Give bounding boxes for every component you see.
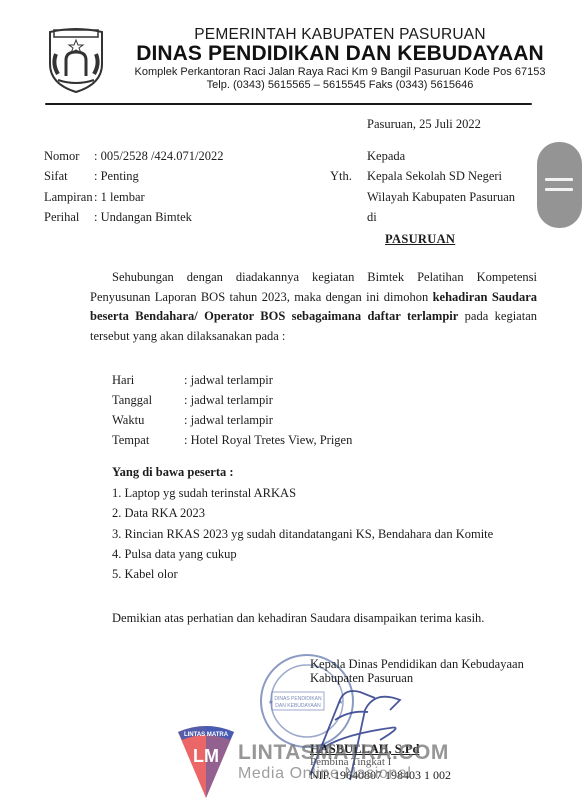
meta-value: : Penting [94,169,139,184]
recipient-city: PASURUAN [385,232,455,247]
schedule-row-tanggal: Tanggal : jadwal terlampir [112,393,273,408]
meta-label: Sifat [44,169,94,184]
regency-coat-of-arms-icon [44,24,108,94]
lintasmatra-logo-icon: LINTAS MATRA LM [176,722,236,800]
svg-text:LM: LM [193,746,219,766]
bring-title: Yang di bawa peserta : [112,465,234,480]
recipient-line2: Wilayah Kabupaten Pasuruan [367,190,515,205]
schedule-label: Hari [112,373,184,388]
meta-label: Perihal [44,210,94,225]
schedule-value: : Hotel Royal Tretes View, Prigen [184,433,352,448]
schedule-row-tempat: Tempat : Hotel Royal Tretes View, Prigen [112,433,352,448]
svg-text:★: ★ [268,699,273,706]
recipient-line1: Kepala Sekolah SD Negeri [367,169,502,184]
recipient-di: di [367,210,377,225]
svg-text:LINTAS MATRA: LINTAS MATRA [184,732,229,738]
watermark-subtitle: Media Online Nasional [238,765,412,783]
signatory-title-line1: Kepala Dinas Pendidikan dan Kebudayaan [310,657,524,671]
meta-value: : 1 lembar [94,190,145,205]
bring-item: 1. Laptop yg sudah terinstal ARKAS [112,486,296,501]
bring-item: 3. Rincian RKAS 2023 yg sudah ditandatan… [112,527,493,542]
letterhead-address: Komplek Perkantoran Raci Jalan Raya Raci… [112,66,568,78]
schedule-value: : jadwal terlampir [184,393,273,408]
meta-label: Nomor [44,149,94,164]
bring-item: 4. Pulsa data yang cukup [112,547,237,562]
meta-value: : Undangan Bimtek [94,210,192,225]
meta-label: Lampiran [44,190,94,205]
meta-row-lampiran: Lampiran : 1 lembar [44,190,145,205]
meta-row-sifat: Sifat : Penting [44,169,139,184]
floating-drag-handle[interactable] [537,142,582,228]
meta-row-perihal: Perihal : Undangan Bimtek [44,210,192,225]
schedule-row-waktu: Waktu : jadwal terlampir [112,413,273,428]
schedule-label: Waktu [112,413,184,428]
watermark-title: LINTASMATRA.COM [238,741,449,765]
bring-item: 5. Kabel olor [112,567,178,582]
schedule-row-hari: Hari : jadwal terlampir [112,373,273,388]
letterhead-agency: DINAS PENDIDIKAN DAN KEBUDAYAAN [112,42,568,66]
meta-value: : 005/2528 /424.071/2022 [94,149,224,164]
drag-handle-icon [545,188,573,191]
letter-date: Pasuruan, 25 Juli 2022 [367,117,481,132]
schedule-value: : jadwal terlampir [184,373,273,388]
schedule-label: Tanggal [112,393,184,408]
meta-row-nomor: Nomor : 005/2528 /424.071/2022 [44,149,224,164]
recipient-kepada: Kepada [367,149,405,164]
letterhead-contact: Telp. (0343) 5615565 – 5615545 Faks (034… [112,79,568,91]
drag-handle-icon [545,178,573,181]
recipient-yth: Yth. [330,169,352,184]
schedule-value: : jadwal terlampir [184,413,273,428]
letterhead-divider [45,103,532,105]
body-paragraph: Sehubungan dengan diadakannya kegiatan B… [90,268,537,346]
closing-text: Demikian atas perhatian dan kehadiran Sa… [112,611,484,626]
schedule-label: Tempat [112,433,184,448]
bring-item: 2. Data RKA 2023 [112,506,205,521]
